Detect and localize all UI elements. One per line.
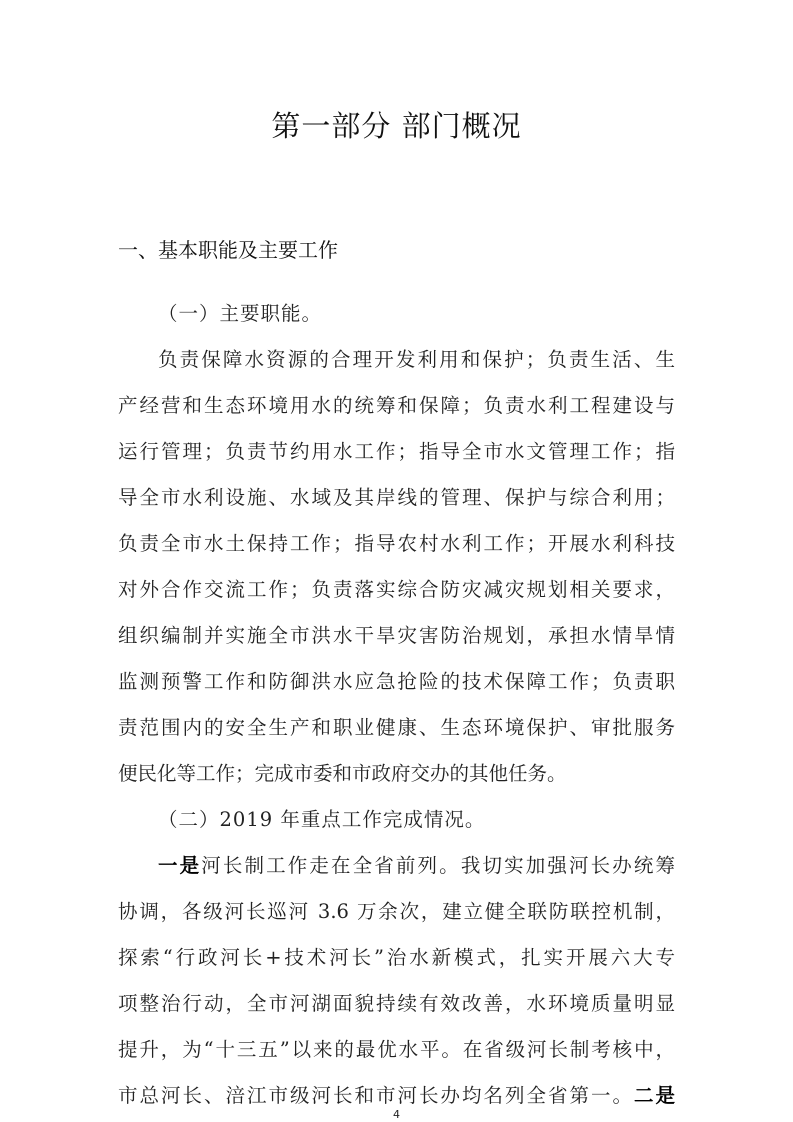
paragraph-line-first: 一是河长制工作走在全省前列。我切实加强河长办统筹 bbox=[158, 850, 675, 878]
page-number: 4 bbox=[0, 1108, 793, 1121]
bold-lead: 二是 bbox=[634, 1084, 675, 1107]
section-heading: 一、基本职能及主要工作 bbox=[118, 234, 338, 263]
paragraph-text: 市总河长、涪江市级河长和市河长办均名列全省第一。 bbox=[118, 1084, 634, 1107]
paragraph-text: 河长制工作走在全省前列。我切实加强河长办统筹 bbox=[201, 854, 675, 877]
paragraph-line: 组织编制并实施全市洪水干旱灾害防治规划，承担水情旱情 bbox=[118, 620, 675, 648]
paragraph-line-last: 市总河长、涪江市级河长和市河长办均名列全省第一。二是 bbox=[118, 1080, 675, 1108]
paragraph-line: 导全市水利设施、水域及其岸线的管理、保护与综合利用； bbox=[118, 482, 675, 510]
paragraph-line: 责范围内的安全生产和职业健康、生态环境保护、审批服务 bbox=[118, 712, 675, 740]
paragraph-line: 便民化等工作；完成市委和市政府交办的其他任务。 bbox=[118, 758, 675, 786]
subsection-heading-functions: （一）主要职能。 bbox=[158, 298, 322, 326]
paragraph-line: 对外合作交流工作；负责落实综合防灾减灾规划相关要求， bbox=[118, 574, 675, 602]
bold-lead: 一是 bbox=[158, 854, 201, 877]
paragraph-line: 提升，为“十三五”以来的最优水平。在省级河长制考核中， bbox=[118, 1034, 675, 1062]
paragraph-line: 项整治行动，全市河湖面貌持续有效改善，水环境质量明显 bbox=[118, 988, 675, 1016]
paragraph-line: 产经营和生态环境用水的统筹和保障；负责水利工程建设与 bbox=[118, 390, 675, 418]
paragraph-line: 负责全市水土保持工作；指导农村水利工作；开展水利科技 bbox=[118, 528, 675, 556]
paragraph-line: 监测预警工作和防御洪水应急抢险的技术保障工作；负责职 bbox=[118, 666, 675, 694]
paragraph-line: 运行管理；负责节约用水工作；指导全市水文管理工作；指 bbox=[118, 436, 675, 464]
page-title: 第一部分 部门概况 bbox=[0, 104, 793, 145]
subsection-heading-achievements: （二）2019 年重点工作完成情况。 bbox=[158, 804, 485, 832]
paragraph-line: 协调，各级河长巡河 3.6 万余次，建立健全联防联控机制， bbox=[118, 896, 675, 924]
paragraph-line: 探索“行政河长+技术河长”治水新模式，扎实开展六大专 bbox=[118, 942, 675, 970]
paragraph-line: 负责保障水资源的合理开发利用和保护；负责生活、生 bbox=[158, 344, 675, 372]
